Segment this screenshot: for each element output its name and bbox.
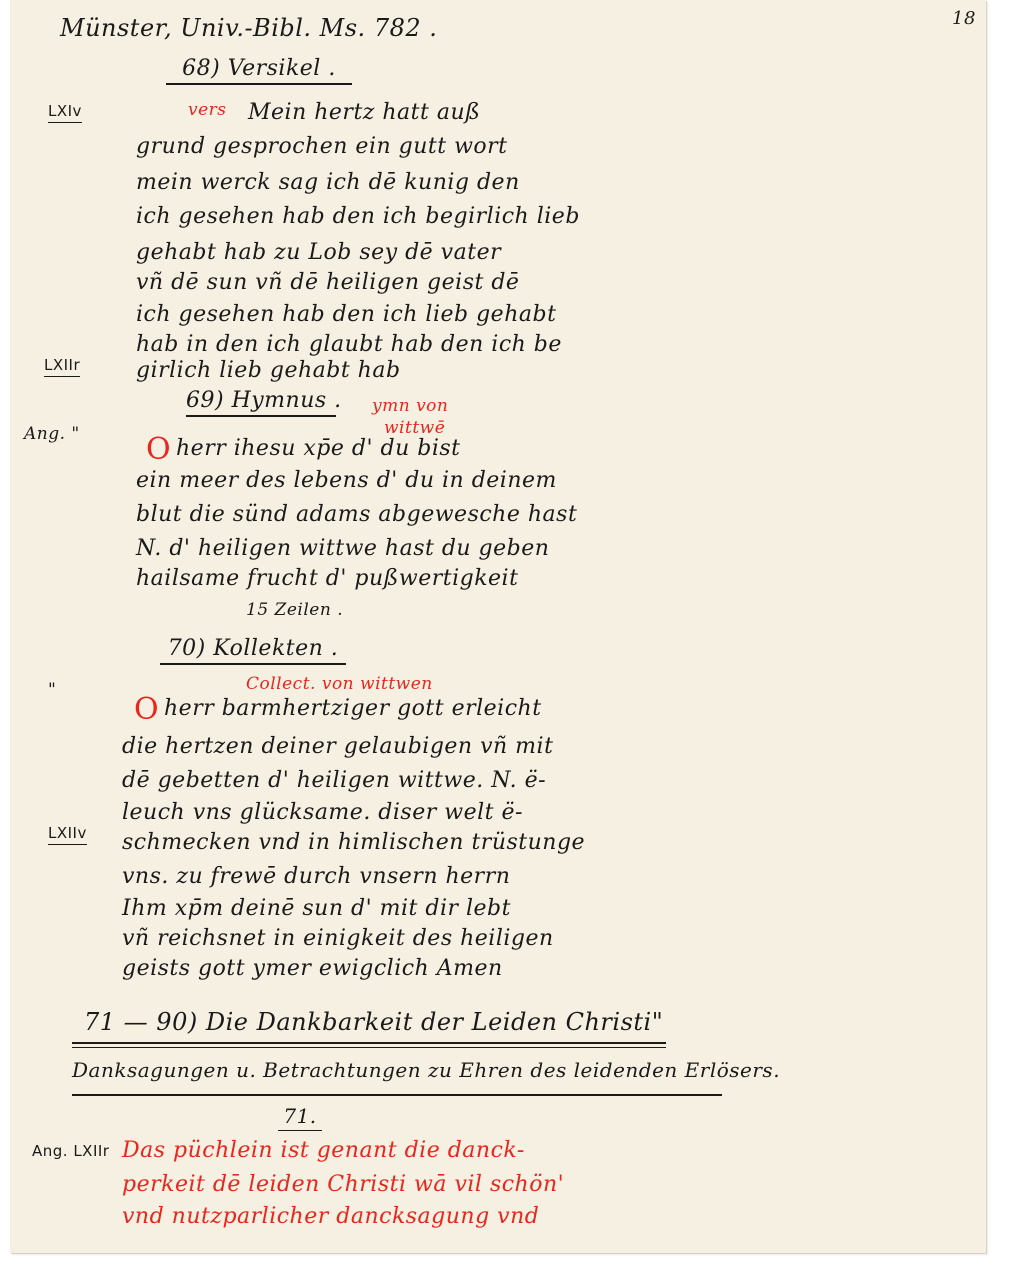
text-line: die hertzen deiner gelaubigen vñ mit bbox=[122, 734, 553, 759]
red-annotation: Collect. von wittwen bbox=[246, 674, 433, 694]
section-69-heading: 69) Hymnus . bbox=[186, 388, 336, 417]
double-rule-top bbox=[72, 1042, 666, 1044]
section-68-heading: 68) Versikel . bbox=[166, 56, 352, 85]
text-line: gehabt hab zu Lob sey dē vater bbox=[136, 240, 501, 265]
text-line: leuch vns glücksame. diser welt ë- bbox=[122, 800, 523, 825]
page-number: 18 bbox=[952, 8, 976, 29]
red-initial-o: O bbox=[146, 432, 171, 467]
red-annotation: wittwē bbox=[384, 418, 445, 438]
text-line: girlich lieb gehabt hab bbox=[136, 358, 401, 383]
red-text-line: perkeit dē leiden Christi wā vil schön' bbox=[122, 1172, 564, 1197]
section-71-90-subheading: Danksagungen u. Betrachtungen zu Ehren d… bbox=[72, 1058, 780, 1082]
red-text-line: vnd nutzparlicher dancksagung vnd bbox=[122, 1204, 539, 1229]
subheading-rule bbox=[72, 1094, 722, 1096]
section-71-heading: 71. bbox=[278, 1104, 322, 1131]
manuscript-page: 18 Münster, Univ.-Bibl. Ms. 782 . 68) Ve… bbox=[10, 0, 986, 1253]
text-line: Ihm xp̄m deinē sun d' mit dir lebt bbox=[122, 896, 511, 921]
page-header: Münster, Univ.-Bibl. Ms. 782 . bbox=[60, 14, 437, 42]
text-line: herr ihesu xp̄e d' du bist bbox=[176, 436, 461, 461]
red-initial-o: O bbox=[134, 692, 159, 727]
text-line: vñ dē sun vñ dē heiligen geist dē bbox=[136, 270, 519, 295]
margin-note-ang: Ang. " bbox=[24, 424, 80, 444]
double-rule-bottom bbox=[72, 1047, 666, 1048]
text-line: vñ reichsnet in einigkeit des heiligen bbox=[122, 926, 554, 951]
margin-note-lxiiv: LXIIv bbox=[48, 824, 87, 845]
red-marker-vers: vers bbox=[188, 100, 227, 120]
section-71-90-heading: 71 — 90) Die Dankbarkeit der Leiden Chri… bbox=[84, 1008, 663, 1036]
text-line: grund gesprochen ein gutt wort bbox=[136, 134, 508, 159]
text-line: N. d' heiligen wittwe hast du geben bbox=[136, 536, 549, 561]
text-line: hab in den ich glaubt hab den ich be bbox=[136, 332, 562, 357]
text-line: Mein hertz hatt auß bbox=[248, 100, 480, 125]
text-line: ich gesehen hab den ich begirlich lieb bbox=[136, 204, 580, 229]
text-line: blut die sünd adams abgewesche hast bbox=[136, 502, 577, 527]
margin-note-lxiir: LXIIr bbox=[44, 356, 80, 377]
text-line: herr barmhertziger gott erleicht bbox=[164, 696, 542, 721]
margin-note-lxiv: LXIv bbox=[48, 102, 82, 123]
text-line: ein meer des lebens d' du in deinem bbox=[136, 468, 557, 493]
section-70-heading: 70) Kollekten . bbox=[160, 636, 346, 665]
text-line: dē gebetten d' heiligen wittwe. N. ë- bbox=[122, 768, 546, 793]
line-count-note: 15 Zeilen . bbox=[246, 600, 343, 620]
margin-note-ang-lxiir: Ang. LXIIr bbox=[32, 1142, 109, 1160]
text-line: vns. zu frewē durch vnsern herrn bbox=[122, 864, 510, 889]
text-line: schmecken vnd in himlischen trüstunge bbox=[122, 830, 585, 855]
text-line: ich gesehen hab den ich lieb gehabt bbox=[136, 302, 556, 327]
red-annotation: ymn von bbox=[372, 396, 448, 416]
text-line: hailsame frucht d' pußwertigkeit bbox=[136, 566, 518, 591]
text-line: geists gott ymer ewigclich Amen bbox=[122, 956, 503, 981]
text-line: mein werck sag ich dē kunig den bbox=[136, 170, 520, 195]
margin-note-ditto: " bbox=[48, 680, 56, 700]
red-text-line: Das püchlein ist genant die danck- bbox=[122, 1138, 525, 1163]
